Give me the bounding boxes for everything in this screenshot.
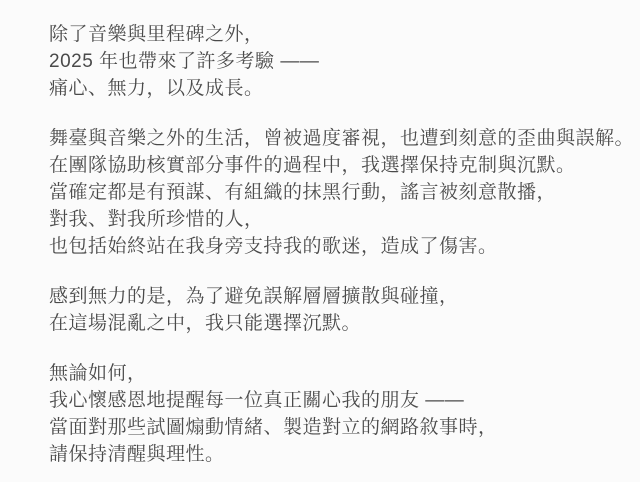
statement-line: 對我、對我所珍惜的人，	[49, 206, 622, 233]
statement-line: 舞臺與音樂之外的生活，曾被過度審視，也遭到刻意的歪曲與誤解。	[49, 125, 622, 152]
statement-text-block: 除了音樂與里程碑之外， 2025 年也帶來了許多考驗 —— 痛心、無力，以及成長…	[49, 21, 622, 468]
statement-line: 當面對那些試圖煽動情緒、製造對立的網路敘事時，	[49, 414, 622, 441]
statement-page: 除了音樂與里程碑之外， 2025 年也帶來了許多考驗 —— 痛心、無力，以及成長…	[0, 0, 640, 482]
statement-paragraph-3: 感到無力的是，為了避免誤解層層擴散與碰撞， 在這場混亂之中，我只能選擇沉默。	[49, 283, 622, 337]
statement-line: 痛心、無力，以及成長。	[49, 75, 622, 102]
statement-line: 在團隊協助核實部分事件的過程中，我選擇保持克制與沉默。	[49, 152, 622, 179]
statement-paragraph-4: 無論如何， 我心懷感恩地提醒每一位真正關心我的朋友 —— 當面對那些試圖煽動情緒…	[49, 360, 622, 468]
statement-line: 請保持清醒與理性。	[49, 441, 622, 468]
statement-line: 2025 年也帶來了許多考驗 ——	[49, 48, 622, 75]
statement-line: 也包括始終站在我身旁支持我的歌迷，造成了傷害。	[49, 233, 622, 260]
statement-paragraph-1: 除了音樂與里程碑之外， 2025 年也帶來了許多考驗 —— 痛心、無力，以及成長…	[49, 21, 622, 102]
statement-line: 無論如何，	[49, 360, 622, 387]
statement-line: 我心懷感恩地提醒每一位真正關心我的朋友 ——	[49, 387, 622, 414]
statement-line: 在這場混亂之中，我只能選擇沉默。	[49, 310, 622, 337]
statement-line: 當確定都是有預謀、有組織的抹黑行動，謠言被刻意散播，	[49, 179, 622, 206]
statement-line: 除了音樂與里程碑之外，	[49, 21, 622, 48]
statement-line: 感到無力的是，為了避免誤解層層擴散與碰撞，	[49, 283, 622, 310]
statement-paragraph-2: 舞臺與音樂之外的生活，曾被過度審視，也遭到刻意的歪曲與誤解。 在團隊協助核實部分…	[49, 125, 622, 260]
